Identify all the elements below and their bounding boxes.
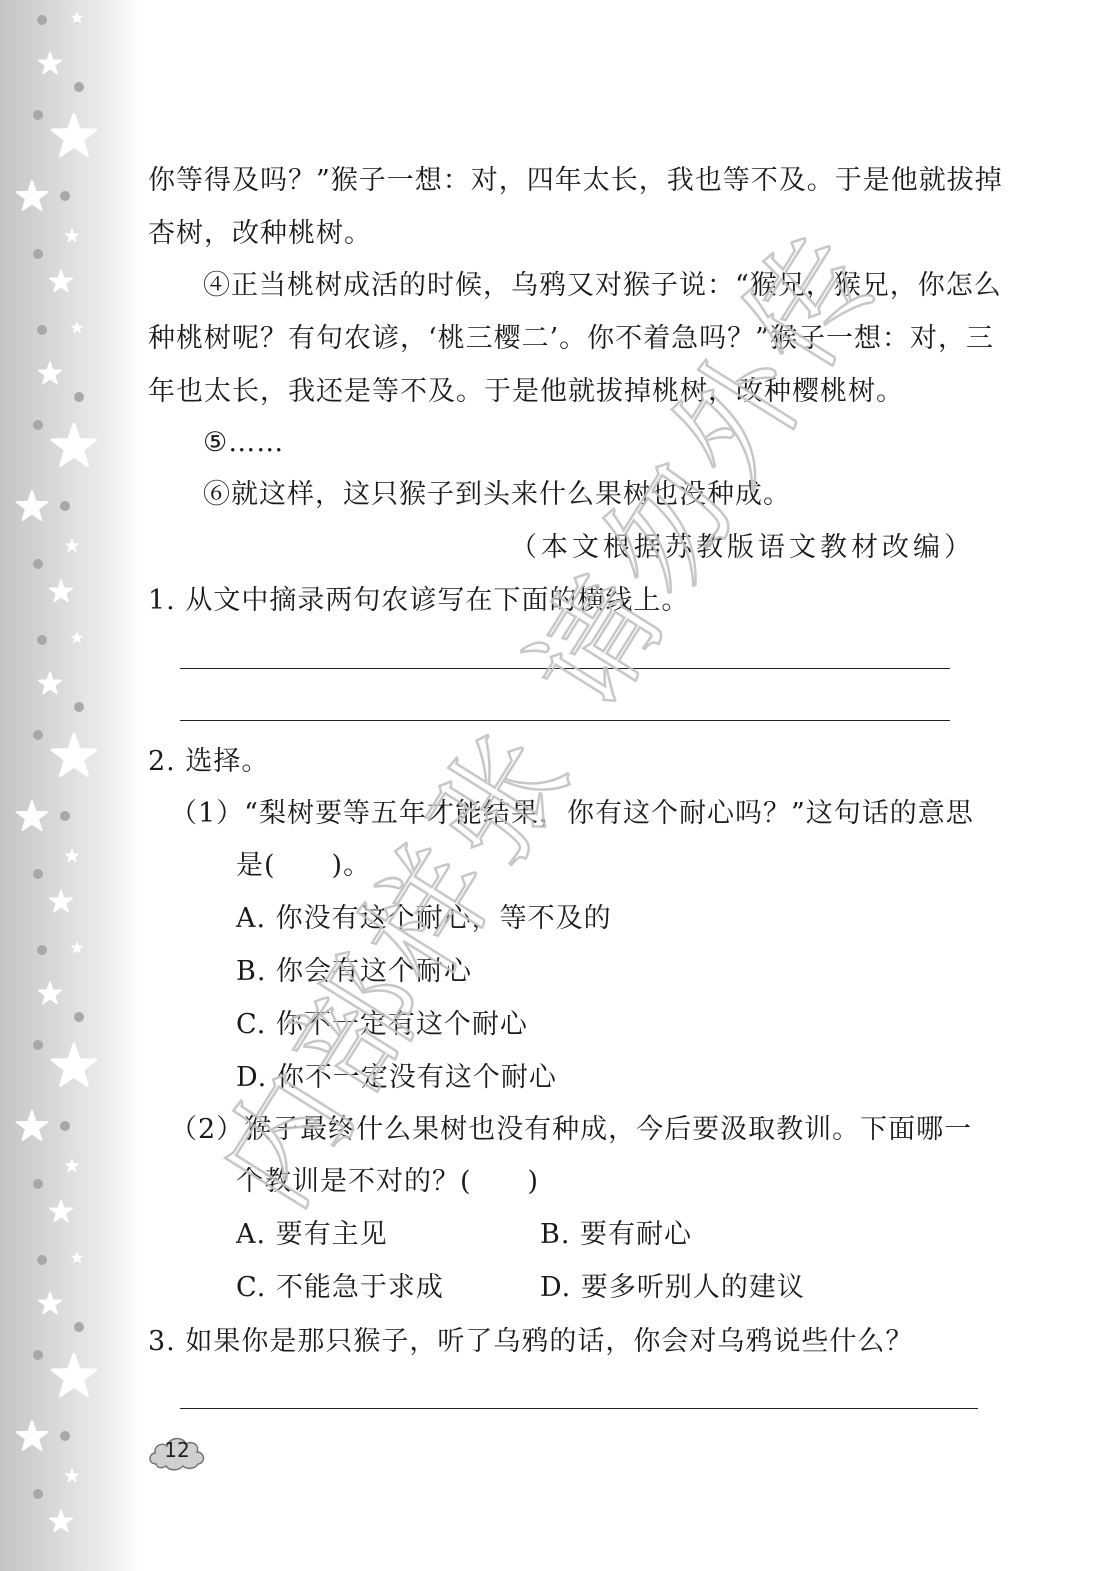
option-b[interactable]: B. 你会有这个耐心 [236, 954, 472, 990]
question-1-prompt: 1. 从文中摘录两句农谚写在下面的横线上。 [148, 583, 689, 619]
option-a[interactable]: A. 要有主见 [236, 1217, 388, 1253]
option-d[interactable]: D. 你不一定没有这个耐心 [236, 1060, 557, 1096]
passage-source: （本文根据苏教版语文教材改编） [510, 530, 975, 566]
passage-line: 你等得及吗？”猴子一想：对，四年太长，我也等不及。于是他就拔掉 [148, 163, 1003, 199]
worksheet-page: 你等得及吗？”猴子一想：对，四年太长，我也等不及。于是他就拔掉 杏树，改种桃树。… [0, 0, 1110, 1571]
passage-paragraph-4: ④正当桃树成活的时候，乌鸦又对猴子说：“猴兄，猴兄，你怎么 [203, 268, 1002, 304]
option-c[interactable]: C. 不能急于求成 [236, 1270, 444, 1306]
option-a[interactable]: A. 你没有这个耐心，等不及的 [236, 901, 612, 937]
sub-question-blank[interactable]: 个教训是不对的？( ) [236, 1164, 539, 1200]
option-d[interactable]: D. 要多听别人的建议 [540, 1270, 805, 1306]
option-c[interactable]: C. 你不一定有这个耐心 [236, 1007, 528, 1043]
passage-paragraph-6: ⑥就这样，这只猴子到头来什么果树也没种成。 [203, 477, 791, 513]
question-2-prompt: 2. 选择。 [148, 744, 269, 780]
passage-paragraph-5: ⑤…… [203, 425, 284, 461]
sub-question-prompt: （1）“梨树要等五年才能结果，你有这个耐心吗？”这句话的意思 [170, 796, 974, 832]
option-b[interactable]: B. 要有耐心 [540, 1217, 692, 1253]
page-number: 12 [146, 1438, 208, 1462]
sub-question-prompt: （2）猴子最终什么果树也没有种成，今后要汲取教训。下面哪一 [170, 1112, 972, 1148]
passage-line: 种桃树呢？有句农谚，‘桃三樱二’。你不着急吗？”猴子一想：对，三 [148, 321, 994, 357]
passage-line: 年也太长，我还是等不及。于是他就拔掉桃树，改种樱桃树。 [148, 374, 904, 410]
answer-line-3[interactable] [180, 1408, 978, 1409]
answer-line-1[interactable] [180, 668, 950, 669]
answer-line-2[interactable] [180, 720, 950, 721]
passage-line: 杏树，改种桃树。 [148, 216, 372, 252]
question-3-prompt: 3. 如果你是那只猴子，听了乌鸦的话，你会对乌鸦说些什么？ [148, 1324, 913, 1360]
sub-question-blank[interactable]: 是( )。 [236, 848, 371, 884]
page-number-badge: 12 [146, 1432, 208, 1472]
